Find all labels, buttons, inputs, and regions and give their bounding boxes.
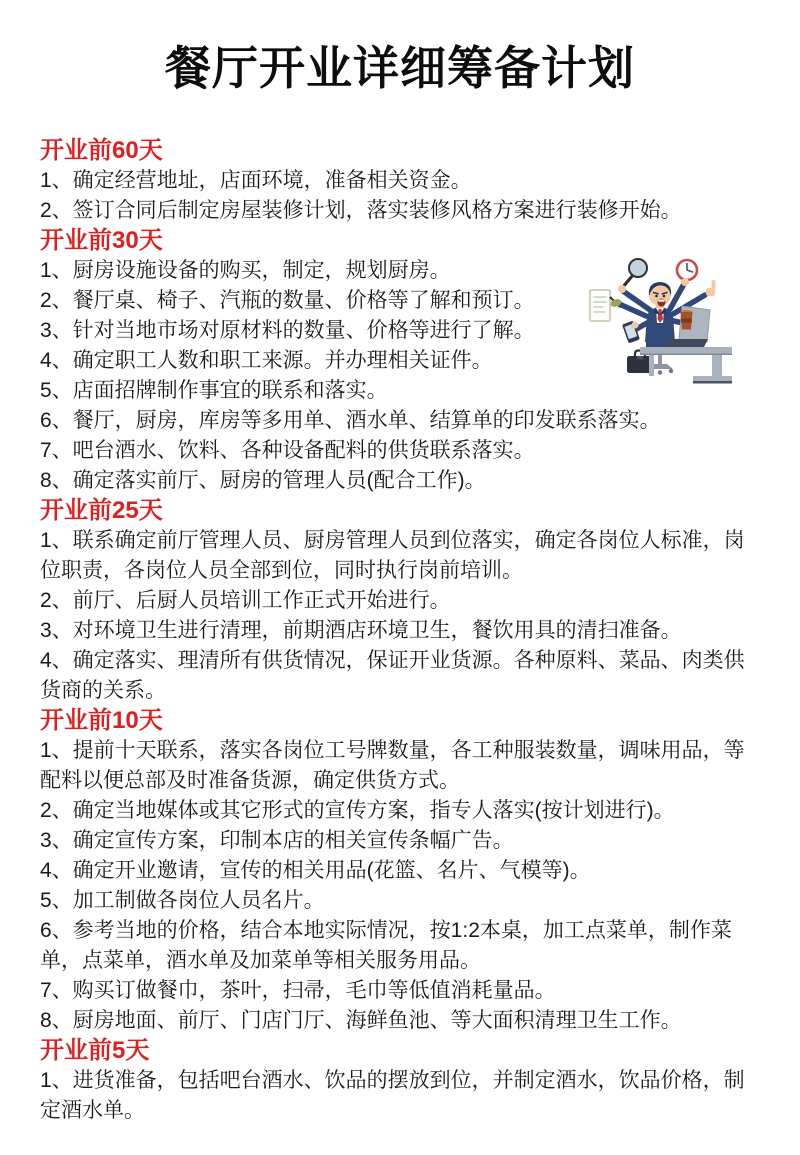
alarm-clock-icon — [677, 260, 697, 286]
page-title: 餐厅开业详细筹备计划 — [0, 40, 800, 96]
plan-item: 2、签订合同后制定房屋装修计划，落实装修风格方案进行装修开始。 — [40, 196, 752, 226]
clipboard-icon — [590, 290, 610, 321]
plan-item: 8、确定落实前厅、厨房的管理人员(配合工作)。 — [40, 466, 752, 496]
plan-item: 6、参考当地的价格，结合本地实际情况，按1:2本桌，加工点菜单，制作菜单，点菜单… — [40, 916, 752, 976]
plan-item: 2、确定当地媒体或其它形式的宣传方案，指专人落实(按计划进行)。 — [40, 796, 752, 826]
section-heading: 开业前25天 — [40, 496, 752, 526]
plan-item: 2、前厅、后厨人员培训工作正式开始进行。 — [40, 586, 752, 616]
plan-item: 1、提前十天联系，落实各岗位工号牌数量，各工种服装数量，调味用品，等配料以便总部… — [40, 736, 752, 796]
section-heading: 开业前10天 — [40, 706, 752, 736]
coffee-cup-icon — [681, 310, 693, 330]
multitasking-businessman-illustration — [583, 252, 770, 400]
plan-item: 1、确定经营地址，店面环境，准备相关资金。 — [40, 166, 752, 196]
plan-item: 5、加工制做各岗位人员名片。 — [40, 886, 752, 916]
section-heading: 开业前60天 — [40, 136, 752, 166]
plan-item: 8、厨房地面、前厅、门店门厅、海鲜鱼池、等大面积清理卫生工作。 — [40, 1006, 752, 1036]
phone-hand — [632, 322, 639, 329]
plan-item: 3、对环境卫生进行清理，前期酒店环境卫生，餐饮用具的清扫准备。 — [40, 616, 752, 646]
desk — [640, 347, 732, 384]
plan-item: 1、联系确定前厅管理人员、厨房管理人员到位落实，确定各岗位人标准，岗位职责，各岗… — [40, 526, 752, 586]
plan-item: 7、吧台酒水、饮料、各种设备配料的供货联系落实。 — [40, 436, 752, 466]
thumbs-up-hand — [706, 280, 716, 296]
businessman-head — [649, 282, 671, 308]
magnifying-glass-icon — [618, 259, 647, 293]
plan-item: 1、进货准备，包括吧台酒水、饮品的摆放到位，并制定酒水，饮品价格，制定酒水单。 — [40, 1066, 752, 1126]
plan-item: 7、购买订做餐巾，茶叶，扫帚，毛巾等低值消耗量品。 — [40, 976, 752, 1006]
plan-item: 6、餐厅，厨房，库房等多用单、酒水单、结算单的印发联系落实。 — [40, 406, 752, 436]
plan-item: 4、确定开业邀请，宣传的相关用品(花篮、名片、气模等)。 — [40, 856, 752, 886]
plan-item: 4、确定落实、理清所有供货情况，保证开业货源。各种原料、菜品、肉类供货商的关系。 — [40, 646, 752, 706]
plan-item: 3、确定宣传方案，印制本店的相关宣传条幅广告。 — [40, 826, 752, 856]
pen-icon — [610, 297, 623, 308]
section-heading: 开业前5天 — [40, 1036, 752, 1066]
